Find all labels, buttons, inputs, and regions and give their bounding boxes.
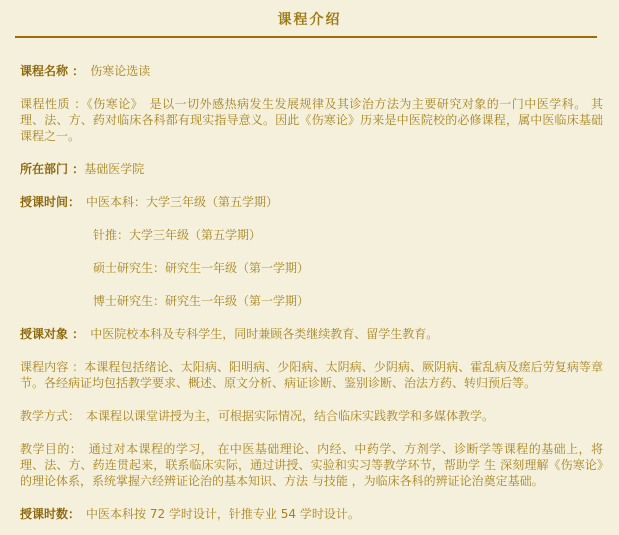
field-row-teaching-time: 授课时间： 中医本科：大学三年级（第五学期）: [20, 194, 603, 210]
teaching-time-subline-master: 硕士研究生：研究生一年级（第一学期）: [93, 260, 603, 276]
teaching-time-label: 授课时间：: [20, 195, 74, 209]
field-row-teaching-hours: 授课时数： 中医本科按 72 学时设计，针推专业 54 学时设计。: [20, 506, 603, 522]
teaching-purpose-value: 通过对本课程的学习， 在中医基础理论、内经、中药学、方剂学、诊断学等课程的基础上…: [20, 442, 603, 488]
field-row-course-name: 课程名称 ： 伤寒论选读: [20, 63, 603, 79]
teaching-time-subline-text: 硕士研究生：研究生一年级（第一学期）: [93, 261, 309, 275]
teaching-hours-value: 中医本科按 72 学时设计，针推专业 54 学时设计。: [74, 507, 360, 521]
teaching-time-subline-acupuncture: 针推：大学三年级（第五学期）: [93, 227, 603, 243]
teaching-time-value: 中医本科：大学三年级（第五学期）: [74, 195, 278, 209]
teaching-method-label: 教学方式：: [20, 409, 74, 423]
course-info-content: 课程名称 ： 伤寒论选读 课程性质 ：《伤寒论》 是以一切外感热病发生发展规律及…: [0, 38, 619, 522]
field-row-teaching-purpose: 教学目的： 通过对本课程的学习， 在中医基础理论、内经、中药学、方剂学、诊断学等…: [20, 441, 603, 489]
audience-value: 中医院校本科及专科学生，同时兼顾各类继续教育、留学生教育。: [78, 327, 438, 341]
field-row-teaching-method: 教学方式： 本课程以课堂讲授为主，可根据实际情况，结合临床实践教学和多媒体教学。: [20, 408, 603, 424]
course-nature-value: 《伤寒论》 是以一切外感热病发生发展规律及其诊治方法为主要研究对象的一门中医学科…: [20, 97, 603, 143]
page-title: 课程介绍: [0, 11, 619, 29]
course-content-value: 本课程包括绪论、太阳病、阳明病、少阳病、太阴病、少阴病、厥阴病、霍乱病及瘥后劳复…: [20, 360, 603, 390]
teaching-time-subline-text: 针推：大学三年级（第五学期）: [93, 228, 261, 242]
course-content-label: 课程内容 ：: [20, 360, 84, 374]
field-row-audience: 授课对象 ： 中医院校本科及专科学生，同时兼顾各类继续教育、留学生教育。: [20, 326, 603, 342]
field-row-course-nature: 课程性质 ：《伤寒论》 是以一切外感热病发生发展规律及其诊治方法为主要研究对象的…: [20, 96, 603, 144]
field-row-course-content: 课程内容 ：本课程包括绪论、太阳病、阳明病、少阳病、太阴病、少阴病、厥阴病、霍乱…: [20, 359, 603, 391]
teaching-method-value: 本课程以课堂讲授为主，可根据实际情况，结合临床实践教学和多媒体教学。: [74, 409, 494, 423]
audience-label: 授课对象 ：: [20, 327, 78, 341]
course-name-label: 课程名称 ：: [20, 64, 78, 78]
teaching-time-subline-text: 博士研究生：研究生一年级（第一学期）: [93, 294, 309, 308]
teaching-purpose-label: 教学目的：: [20, 442, 76, 456]
teaching-time-subline-doctor: 博士研究生：研究生一年级（第一学期）: [93, 293, 603, 309]
course-name-value: 伤寒论选读: [78, 64, 150, 78]
department-label: 所在部门 ：: [20, 162, 84, 176]
field-row-department: 所在部门 ：基础医学院: [20, 161, 603, 177]
course-nature-label: 课程性质 ：: [20, 97, 87, 111]
teaching-hours-label: 授课时数：: [20, 507, 74, 521]
department-value: 基础医学院: [84, 162, 144, 176]
page-header: 课程介绍: [0, 0, 619, 38]
